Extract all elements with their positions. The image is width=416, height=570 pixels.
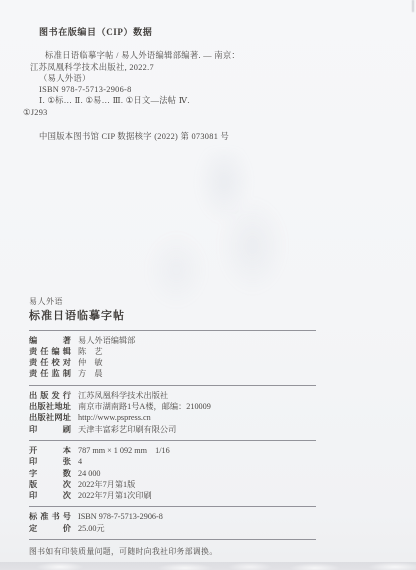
colophon-row: 印 张 4 [29, 456, 316, 467]
row-label: 标准书号 [29, 511, 71, 522]
row-value: 24 000 [78, 468, 101, 479]
row-label: 印 张 [29, 456, 71, 467]
divider-rule [29, 330, 316, 331]
row-label: 责任编辑 [29, 346, 71, 357]
quality-note: 图书如有印装质量问题，可随时向我社印务部调换。 [29, 546, 316, 557]
row-label: 版 次 [29, 479, 71, 490]
colophon-row: 定 价 25.00元 [29, 523, 316, 534]
row-label: 责任校对 [29, 357, 71, 368]
row-label: 定 价 [29, 523, 71, 534]
row-label: 出版发行 [29, 390, 71, 401]
colophon-row: 责任编辑 陈 艺 [29, 346, 316, 357]
row-value: 陈 艺 [78, 346, 103, 357]
row-label: 责任监制 [29, 368, 71, 379]
cip-line: 标准日语临摹字帖 / 易人外语编辑部编著. — 南京： [30, 50, 382, 61]
row-value: 2022年7月第1版 [78, 479, 135, 490]
row-value: 天津丰富彩艺印刷有限公司 [78, 424, 176, 435]
page-showthrough [110, 150, 300, 310]
book-title: 标准日语临摹字帖 [29, 311, 316, 322]
colophon-row: 版 次 2022年7月第1版 [29, 479, 316, 490]
cip-line: （易人外语） [30, 73, 382, 84]
row-label: 字 数 [29, 468, 71, 479]
colophon-row: 开 本 787 mm × 1 092 mm 1/16 [29, 445, 316, 456]
colophon-row: 字 数 24 000 [29, 468, 316, 479]
isbn-price-group: 标准书号 ISBN 978-7-5713-2906-8 定 价 25.00元 [29, 511, 316, 534]
row-value: 2022年7月第1次印刷 [78, 490, 152, 501]
colophon-row: 印 刷 天津丰富彩艺印刷有限公司 [29, 424, 316, 435]
colophon-row: 出版社地址 南京市湖南路1号A楼，邮编：210009 [29, 401, 316, 412]
colophon-row: 出版发行 江苏凤凰科学技术出版社 [29, 390, 316, 401]
printing-group: 开 本 787 mm × 1 092 mm 1/16 印 张 4 字 数 24 … [29, 445, 316, 501]
row-value: 787 mm × 1 092 mm 1/16 [78, 445, 170, 456]
cip-line: ①J293 [23, 107, 382, 118]
colophon-row: 标准书号 ISBN 978-7-5713-2906-8 [29, 511, 316, 522]
cip-line: 江苏凤凰科学技术出版社, 2022.7 [30, 62, 382, 73]
row-value: 江苏凤凰科学技术出版社 [78, 390, 168, 401]
row-value: 南京市湖南路1号A楼，邮编：210009 [78, 401, 211, 412]
staff-group: 编 著 易人外语编辑部 责任编辑 陈 艺 责任校对 仲 敏 责任监制 方 晨 [29, 335, 316, 380]
cip-registry-number: 中国版本图书馆 CIP 数据核字 (2022) 第 073081 号 [30, 131, 382, 142]
row-label: 出版社网址 [29, 412, 71, 423]
row-label: 编 著 [29, 335, 71, 346]
cip-block: 图书在版编目（CIP）数据 标准日语临摹字帖 / 易人外语编辑部编著. — 南京… [30, 27, 382, 142]
row-value: 方 晨 [78, 368, 103, 379]
divider-rule [29, 539, 316, 540]
colophon-block: 易人外语 标准日语临摹字帖 编 著 易人外语编辑部 责任编辑 陈 艺 责任校对 … [29, 296, 316, 557]
copyright-page: 图书在版编目（CIP）数据 标准日语临摹字帖 / 易人外语编辑部编著. — 南京… [0, 0, 416, 570]
publishing-group: 出版发行 江苏凤凰科学技术出版社 出版社地址 南京市湖南路1号A楼，邮编：210… [29, 390, 316, 435]
divider-rule [29, 385, 316, 386]
row-value: ISBN 978-7-5713-2906-8 [78, 511, 163, 522]
cip-line: ISBN 978-7-5713-2906-8 [30, 84, 382, 95]
row-label: 印 刷 [29, 424, 71, 435]
colophon-row: 责任监制 方 晨 [29, 368, 316, 379]
row-value: 25.00元 [78, 523, 105, 534]
divider-rule [29, 506, 316, 507]
colophon-row: 印 次 2022年7月第1次印刷 [29, 490, 316, 501]
row-value: 易人外语编辑部 [78, 335, 135, 346]
scan-bottom-edge [0, 562, 416, 570]
row-label: 出版社地址 [29, 401, 71, 412]
page-edge-mark [412, 0, 414, 12]
cip-heading: 图书在版编目（CIP）数据 [30, 27, 382, 38]
series-name: 易人外语 [29, 296, 316, 307]
row-label: 开 本 [29, 445, 71, 456]
colophon-row: 责任校对 仲 敏 [29, 357, 316, 368]
divider-rule [29, 440, 316, 441]
colophon-row: 出版社网址 http://www.pspress.cn [29, 412, 316, 423]
row-value: http://www.pspress.cn [78, 412, 151, 423]
row-label: 印 次 [29, 490, 71, 501]
colophon-row: 编 著 易人外语编辑部 [29, 335, 316, 346]
cip-body: 标准日语临摹字帖 / 易人外语编辑部编著. — 南京： 江苏凤凰科学技术出版社,… [30, 50, 382, 118]
row-value: 仲 敏 [78, 357, 103, 368]
cip-line: Ⅰ. ①标… Ⅱ. ①易… Ⅲ. ①日文—法帖 Ⅳ. [30, 95, 382, 106]
row-value: 4 [78, 456, 82, 467]
